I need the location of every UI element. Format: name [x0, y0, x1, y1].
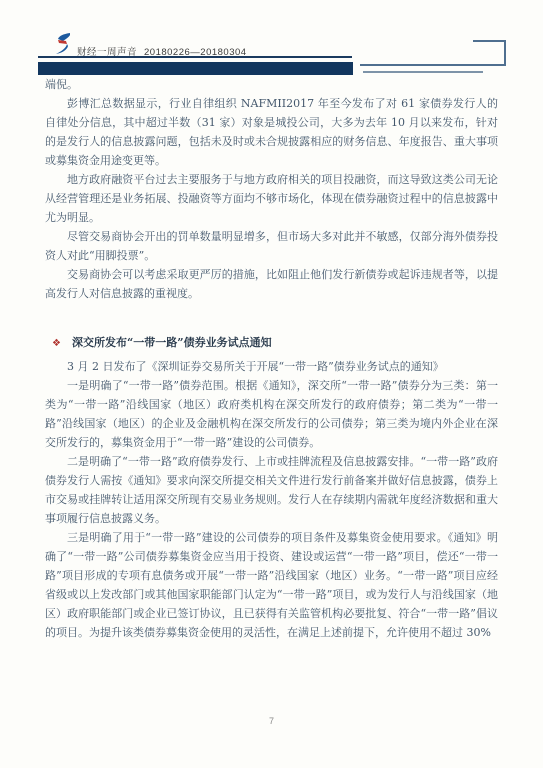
- page-footer: 7: [0, 716, 543, 726]
- corner-decoration-line: [363, 71, 483, 73]
- paragraph: 地方政府融资平台过去主要服务于与地方政府相关的项目投融资，而这导致这类公司无论从…: [45, 170, 498, 227]
- header-rule-line: [38, 56, 352, 58]
- header-bar: [38, 62, 353, 75]
- page-number: 7: [269, 716, 274, 726]
- diamond-bullet-icon: ❖: [52, 334, 61, 353]
- paragraph: 尽管交易商协会开出的罚单数量明显增多，但市场大多对此并不敏感，仅部分海外债券投资…: [45, 227, 498, 265]
- paragraph: 一是明确了“一带一路”债券范围。根据《通知》，深交所“一带一路”债券分为三类：第…: [45, 376, 498, 452]
- brand-logo-icon: [53, 32, 73, 56]
- corner-decoration-line: [504, 40, 506, 66]
- corner-decoration-line: [473, 40, 506, 42]
- paragraph: 交易商协会可以考虑采取更严厉的措施，比如阻止他们发行新债券或起诉违规者等，以提高…: [45, 265, 498, 303]
- section-heading: ❖ 深交所发布“一带一路”债券业务试点通知: [45, 333, 498, 353]
- section-title: 深交所发布“一带一路”债券业务试点通知: [72, 333, 272, 352]
- paragraph: 端倪。: [45, 75, 498, 94]
- document-page: 财经一周声音20180226—20180304 端倪。 彭博汇总数据显示，行业自…: [0, 0, 543, 768]
- corner-decoration-line: [360, 64, 506, 66]
- paragraph: 彭博汇总数据显示，行业自律组织 NAFMII2017 年至今发布了对 61 家债…: [45, 94, 498, 170]
- document-body: 端倪。 彭博汇总数据显示，行业自律组织 NAFMII2017 年至今发布了对 6…: [45, 75, 498, 642]
- paragraph: 3 月 2 日发布了《深圳证券交易所关于开展“一带一路”债券业务试点的通知》: [45, 357, 498, 376]
- paragraph: 二是明确了“一带一路”政府债券发行、上市或挂牌流程及信息披露安排。“一带一路”政…: [45, 452, 498, 528]
- paragraph: 三是明确了用于“一带一路”建设的公司债券的项目条件及募集资金使用要求。《通知》明…: [45, 528, 498, 642]
